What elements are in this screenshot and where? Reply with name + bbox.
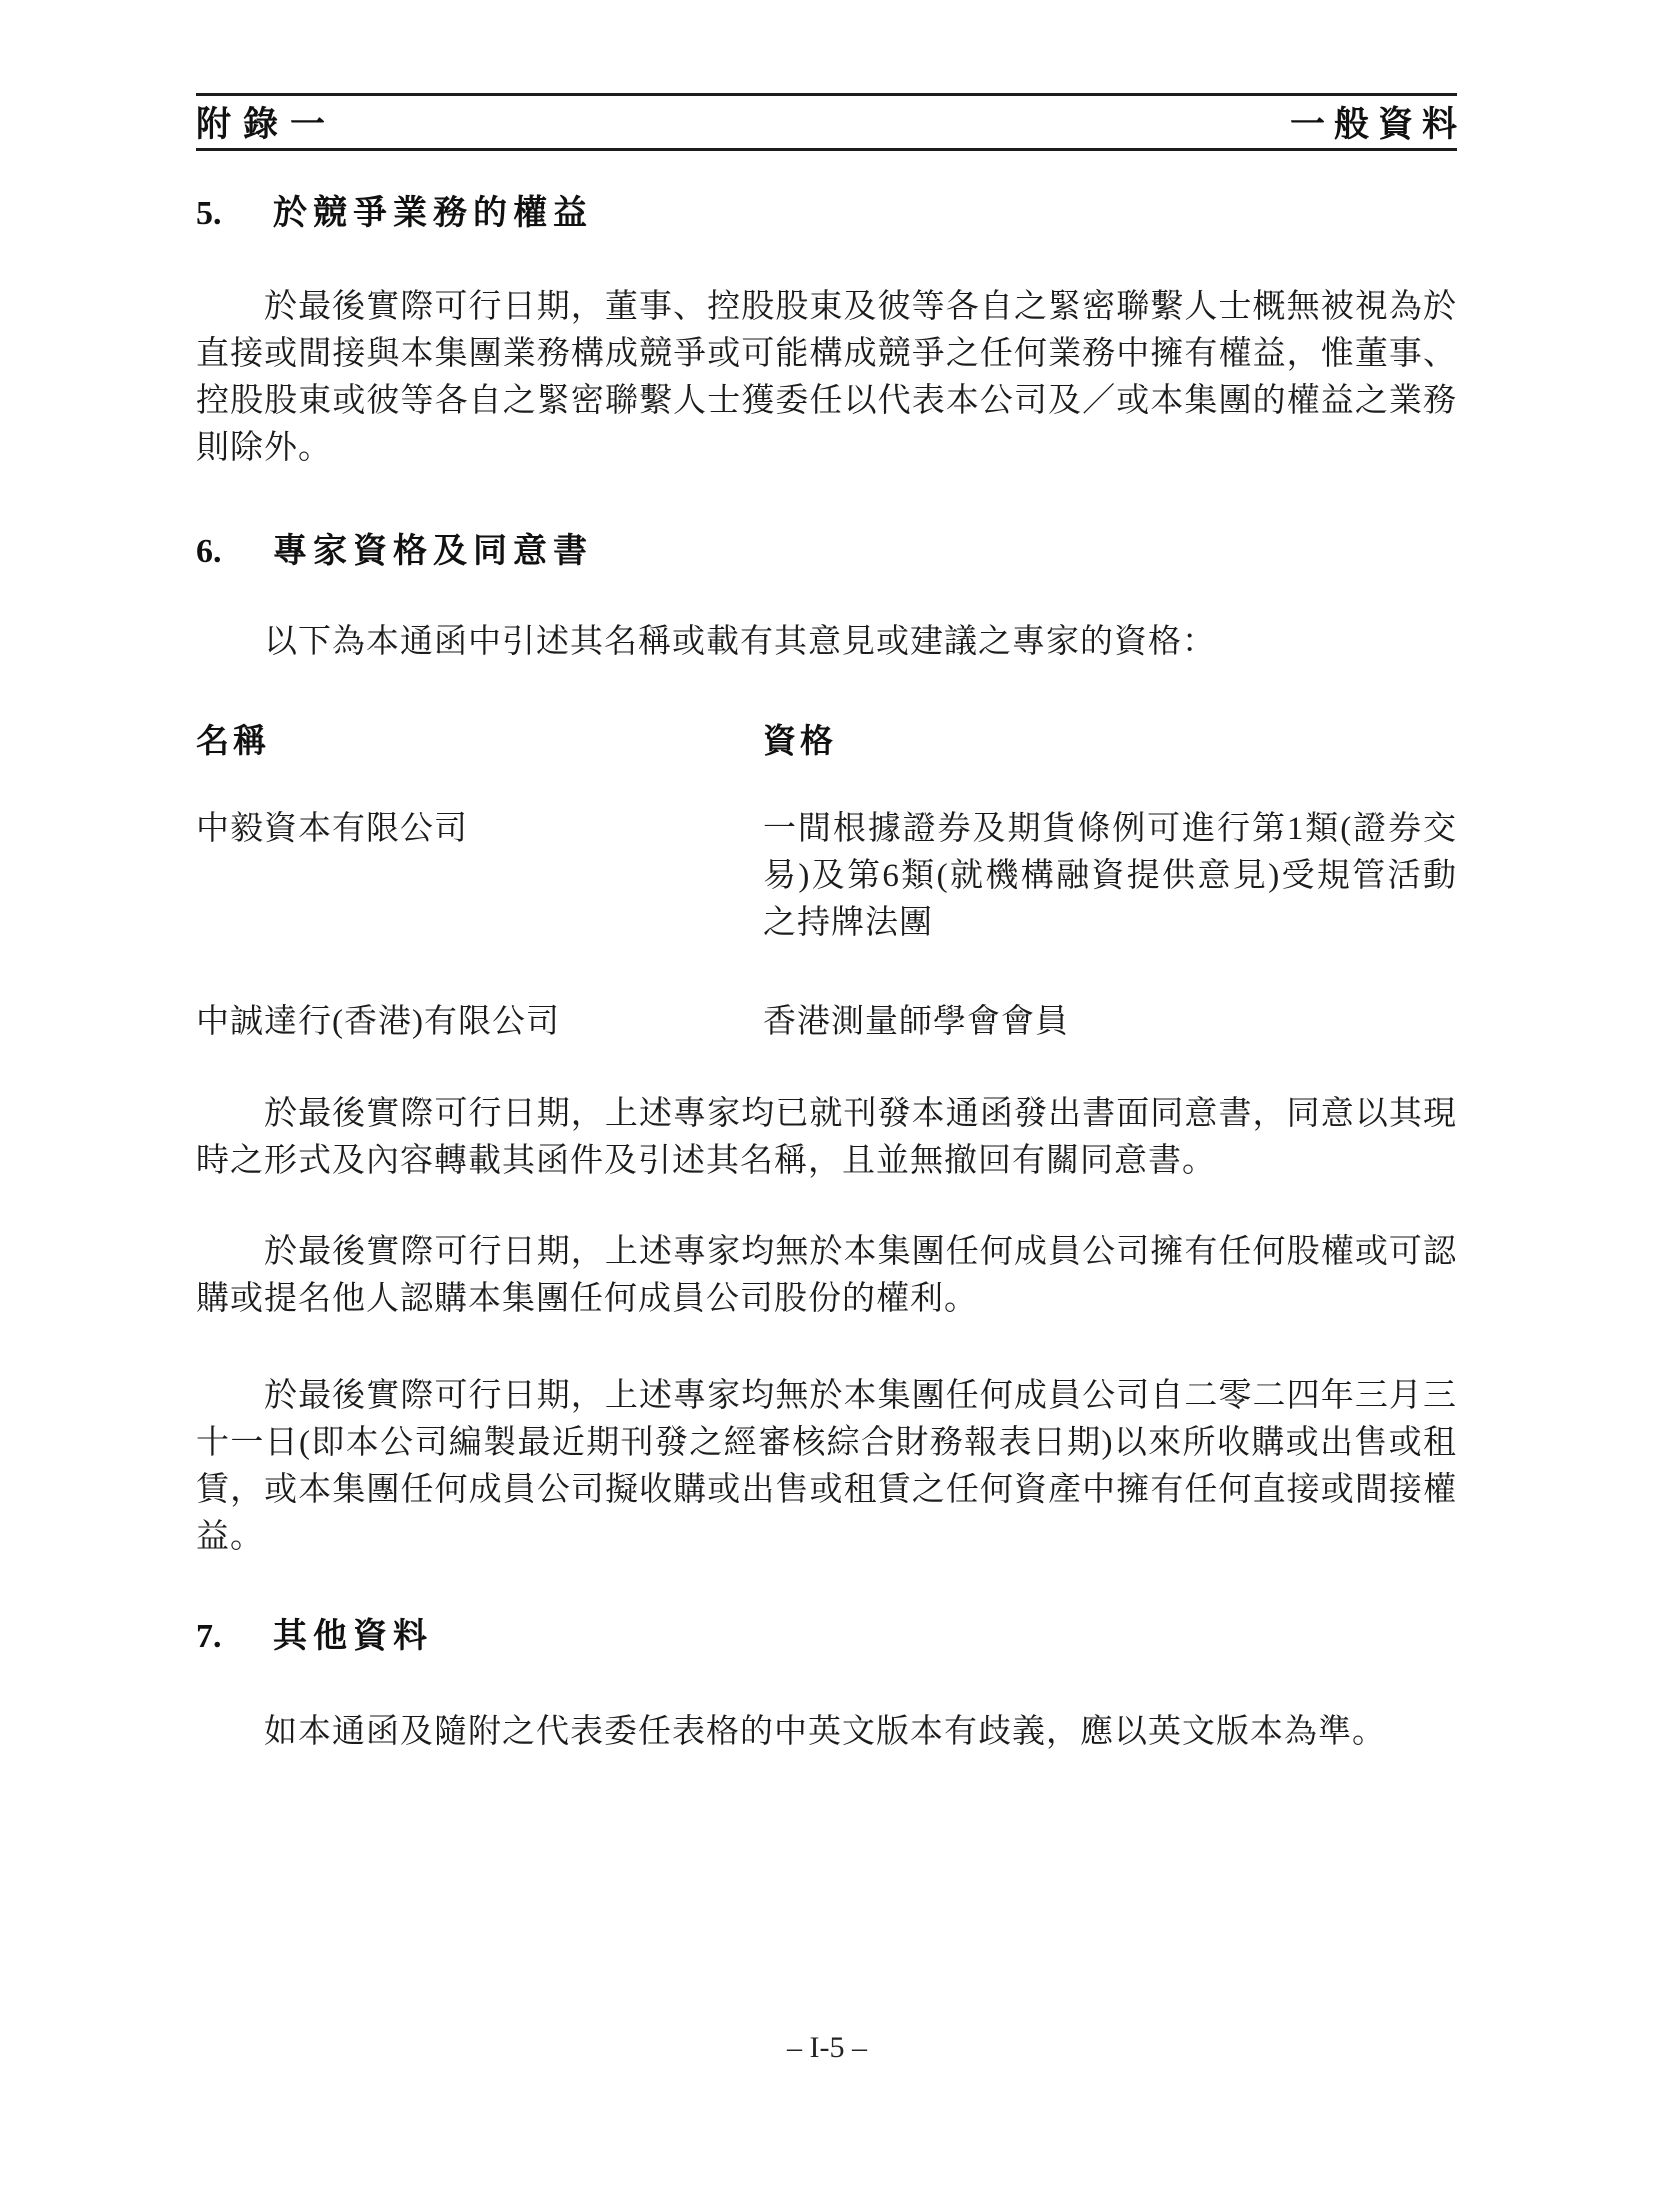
experts-table-header-row: 名稱 資格 (196, 717, 1457, 764)
table-header-qualification: 資格 (763, 717, 1457, 764)
page-header: 附錄一 一般資料 (196, 93, 1457, 151)
section-6-heading: 6. 專家資格及同意書 (196, 528, 1457, 575)
section-5-number: 5. (196, 190, 273, 237)
section-6-number: 6. (196, 528, 273, 575)
section-7-paragraph: 如本通函及隨附之代表委任表格的中英文版本有歧義，應以英文版本為準。 (196, 1709, 1457, 1756)
section-5-title: 於競爭業務的權益 (273, 190, 593, 237)
expert-name: 中誠達行(香港)有限公司 (196, 999, 763, 1046)
experts-intro: 以下為本通函中引述其名稱或載有其意見或建議之專家的資格： (196, 619, 1457, 666)
document-page: 附錄一 一般資料 5. 於競爭業務的權益 於最後實際可行日期，董事、控股股東及彼… (196, 0, 1457, 1756)
section-experts-qualifications: 6. 專家資格及同意書 以下為本通函中引述其名稱或載有其意見或建議之專家的資格：… (196, 528, 1457, 1561)
table-header-name: 名稱 (196, 717, 763, 764)
expert-name: 中毅資本有限公司 (196, 806, 763, 947)
experts-table: 名稱 資格 中毅資本有限公司 一間根據證券及期貨條例可進行第1類(證券交易)及第… (196, 717, 1457, 1046)
header-left-title: 附錄一 (196, 97, 337, 147)
section-7-title: 其他資料 (273, 1613, 433, 1660)
section-7-heading: 7. 其他資料 (196, 1613, 1457, 1660)
section-competing-business: 5. 於競爭業務的權益 於最後實際可行日期，董事、控股股東及彼等各自之緊密聯繫人… (196, 190, 1457, 472)
expert-qualification: 香港測量師學會會員 (763, 999, 1457, 1046)
section-6-paragraph: 於最後實際可行日期，上述專家均已就刊發本通函發出書面同意書，同意以其現時之形式及… (196, 1091, 1457, 1185)
section-5-paragraph: 於最後實際可行日期，董事、控股股東及彼等各自之緊密聯繫人士概無被視為於直接或間接… (196, 284, 1457, 472)
section-6-paragraph: 於最後實際可行日期，上述專家均無於本集團任何成員公司自二零二四年三月三十一日(即… (196, 1373, 1457, 1561)
section-7-number: 7. (196, 1613, 273, 1660)
section-other-information: 7. 其他資料 如本通函及隨附之代表委任表格的中英文版本有歧義，應以英文版本為準… (196, 1613, 1457, 1756)
header-right-title: 一般資料 (1290, 97, 1466, 147)
expert-qualification: 一間根據證券及期貨條例可進行第1類(證券交易)及第6類(就機構融資提供意見)受規… (763, 806, 1457, 947)
section-6-paragraph: 於最後實際可行日期，上述專家均無於本集團任何成員公司擁有任何股權或可認購或提名他… (196, 1229, 1457, 1323)
section-5-heading: 5. 於競爭業務的權益 (196, 190, 1457, 237)
expert-row: 中誠達行(香港)有限公司 香港測量師學會會員 (196, 999, 1457, 1046)
page-number: – I-5 – (787, 2031, 867, 2064)
expert-row: 中毅資本有限公司 一間根據證券及期貨條例可進行第1類(證券交易)及第6類(就機構… (196, 806, 1457, 947)
page-footer: – I-5 – (0, 2024, 1654, 2071)
section-6-title: 專家資格及同意書 (273, 528, 593, 575)
